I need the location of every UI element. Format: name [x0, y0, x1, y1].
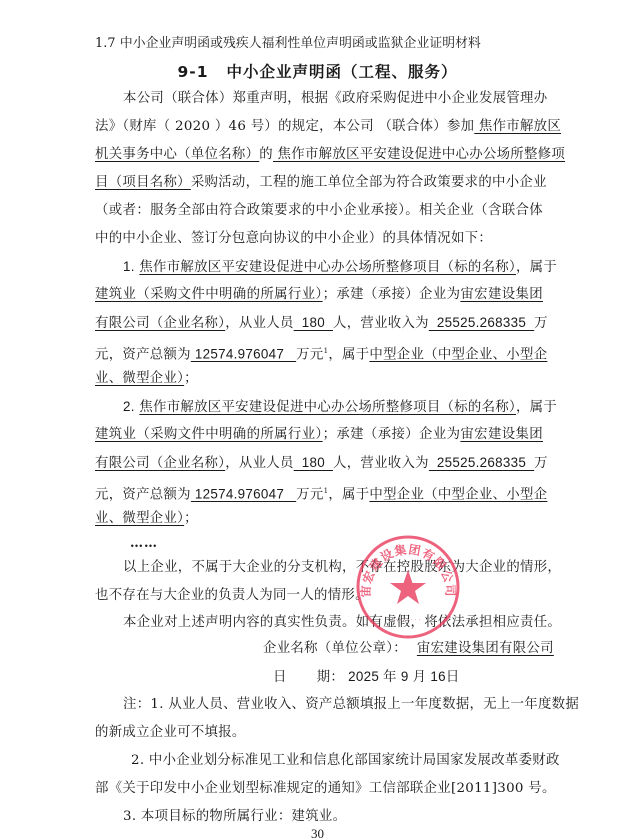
enterprise-size: 中型企业（中型企业、小型企 — [369, 347, 547, 362]
revenue: 25525.268335 — [429, 455, 534, 470]
date-text: 月 — [413, 669, 427, 684]
industry: 建筑业（采购文件中明确的所属行业） — [95, 427, 323, 442]
item-text: ； — [184, 371, 198, 386]
item-text: ，属于 — [516, 400, 557, 415]
purchaser-name: 焦作市解放区 — [474, 119, 561, 134]
signature-company-row: 企业名称（单位公章）：宙宏建设集团有限公司 — [263, 640, 554, 658]
item-text: 人，营业收入为 — [333, 456, 429, 471]
item-text: 万元 — [296, 487, 323, 502]
item-index: 1. — [123, 259, 135, 274]
enterprise-size-cont: 业、微型企业） — [95, 511, 184, 526]
item-2-line-4: 元，资产总额为 12574.976047 万元1，属于中型企业（中型企业、小型企 — [95, 482, 543, 504]
intro-text: 的 — [259, 147, 273, 162]
date-label-2: 期： — [317, 669, 344, 684]
intro-text: 法》（财库（ 2020 ）46 号）的规定，本公司 （联合体）参加 — [95, 119, 474, 134]
date-label-1: 日 — [273, 669, 287, 684]
item-2-line-1: 2. 焦作市解放区平安建设促进中心办公场所整修项目（标的名称），属于 — [123, 398, 543, 417]
item-2-line-5: 业、微型企业）； — [95, 510, 543, 528]
note-2-line-2: 部《关于印发中小企业划型标准规定的通知》工信部联企业[2011]300 号。 — [95, 780, 543, 798]
note-1-line-1: 注：1. 从业人员、营业收入、资产总额填报上一年度数据，无上一年度数据 — [123, 696, 543, 714]
item-1-line-5: 业、微型企业）； — [95, 370, 543, 388]
item-text: ；承建（承接）企业为 — [323, 287, 461, 302]
item-1-line-1: 1. 焦作市解放区平安建设促进中心办公场所整修项目（标的名称），属于 — [123, 258, 543, 277]
item-text: ；承建（承接）企业为 — [323, 427, 461, 442]
project-name: 焦作市解放区平安建设促进中心办公场所整修项 — [273, 147, 565, 162]
date-month: 9 — [401, 669, 409, 684]
item-text: ； — [184, 511, 198, 526]
intro-line-4: 目（项目名称）采购活动，工程的施工单位全部为符合政策要求的中小企业 — [95, 174, 543, 192]
company-name-cont: 有限公司（企业名称） — [95, 316, 225, 331]
industry: 建筑业（采购文件中明确的所属行业） — [95, 287, 323, 302]
item-2-line-2: 建筑业（采购文件中明确的所属行业）；承建（承接）企业为宙宏建设集团 — [95, 426, 543, 444]
date-text: 年 — [383, 669, 397, 684]
item-text: 元，资产总额为 — [95, 347, 191, 362]
enterprise-size: 中型企业（中型企业、小型企 — [369, 487, 547, 502]
company-name: 宙宏建设集团 — [460, 427, 543, 442]
intro-line-3: 机关事务中心（单位名称）的 焦作市解放区平安建设促进中心办公场所整修项 — [95, 146, 543, 164]
purchaser-name-cont: 机关事务中心（单位名称） — [95, 147, 259, 162]
item-text: 元，资产总额为 — [95, 487, 191, 502]
item-text: 万 — [534, 456, 548, 471]
staff-count: 180 — [294, 315, 333, 330]
title-number: 9-1 — [177, 63, 208, 81]
bid-name: 焦作市解放区平安建设促进中心办公场所整修项目（标的名称） — [139, 400, 516, 415]
signing-company: 宙宏建设集团有限公司 — [417, 641, 554, 656]
intro-line-5: （或者：服务全部由符合政策要求的中小企业承接）。相关企业（含联合体 — [95, 202, 543, 220]
ellipsis: …… — [130, 536, 158, 551]
bid-name: 焦作市解放区平安建设促进中心办公场所整修项目（标的名称） — [139, 260, 516, 275]
date-day: 16 — [430, 669, 446, 684]
total-assets: 12574.976047 — [191, 486, 296, 501]
item-text: 人，营业收入为 — [333, 316, 429, 331]
item-2-line-3: 有限公司（企业名称），从业人员 180 人，营业收入为 25525.268335… — [95, 454, 543, 473]
revenue: 25525.268335 — [429, 315, 534, 330]
company-name: 宙宏建设集团 — [460, 287, 543, 302]
item-text: ，从业人员 — [225, 316, 293, 331]
intro-line-6: 中的中小企业、签订分包意向协议的中小企业）的具体情况如下： — [95, 230, 543, 248]
intro-text: 采购活动，工程的施工单位全部为符合政策要求的中小企业 — [191, 175, 547, 190]
note-2-line-1: 2. 中小企业划分标准见工业和信息化部国家统计局国家发展改革委财政 — [131, 752, 543, 770]
note-1-line-2: 的新成立企业可不填报。 — [95, 724, 543, 742]
item-1-line-3: 有限公司（企业名称），从业人员 180 人，营业收入为 25525.268335… — [95, 314, 543, 333]
total-assets: 12574.976047 — [191, 346, 296, 361]
declaration-line-2: 也不存在与大企业的负责人为同一人的情形。 — [95, 587, 543, 605]
document-title: 9-1中小企业声明函（工程、服务） — [0, 62, 635, 82]
intro-line-2: 法》（财库（ 2020 ）46 号）的规定，本公司 （联合体）参加 焦作市解放区 — [95, 118, 543, 136]
section-header: 1.7 中小企业声明函或残疾人福利性单位声明函或监狱企业证明材料 — [95, 35, 481, 53]
item-text: 万元 — [296, 347, 323, 362]
item-1-line-4: 元，资产总额为 12574.976047 万元1，属于中型企业（中型企业、小型企 — [95, 342, 543, 364]
project-name-cont: 目（项目名称） — [95, 175, 191, 190]
declaration-line-3: 本企业对上述声明内容的真实性负责。如有虚假，将依法承担相应责任。 — [123, 614, 543, 632]
title-text: 中小企业声明函（工程、服务） — [227, 63, 458, 81]
company-label: 企业名称（单位公章）： — [263, 641, 407, 656]
item-index: 2. — [123, 399, 135, 414]
intro-line-1: 本公司（联合体）郑重声明，根据《政府采购促进中小企业发展管理办 — [123, 90, 543, 108]
item-text: ，属于 — [516, 260, 557, 275]
note-3: 3. 本项目标的物所属行业：建筑业。 — [123, 808, 543, 826]
company-name-cont: 有限公司（企业名称） — [95, 456, 225, 471]
enterprise-size-cont: 业、微型企业） — [95, 371, 184, 386]
item-1-line-2: 建筑业（采购文件中明确的所属行业）；承建（承接）企业为宙宏建设集团 — [95, 286, 543, 304]
date-text: 日 — [446, 669, 460, 684]
item-text: 万 — [534, 316, 548, 331]
staff-count: 180 — [294, 455, 333, 470]
item-text: ，从业人员 — [225, 456, 293, 471]
item-text: ，属于 — [328, 487, 369, 502]
item-text: ，属于 — [328, 347, 369, 362]
document-page: 1.7 中小企业声明函或残疾人福利性单位声明函或监狱企业证明材料 9-1中小企业… — [0, 0, 635, 839]
declaration-line-1: 以上企业，不属于大企业的分支机构，不存在控股股东为大企业的情形， — [123, 559, 543, 577]
signature-date-row: 日期： 2025 年 9 月 16日 — [273, 668, 460, 686]
page-number: 30 — [0, 826, 635, 839]
date-year: 2025 — [348, 669, 379, 684]
